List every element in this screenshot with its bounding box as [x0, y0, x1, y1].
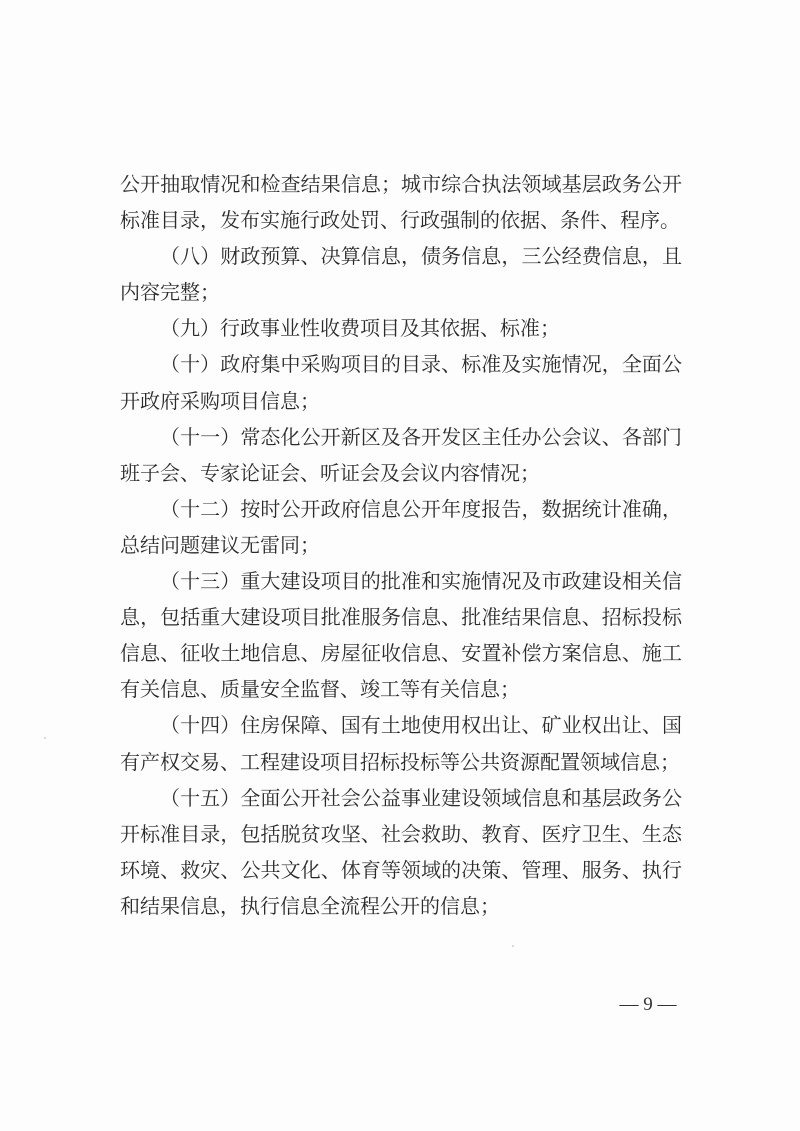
- paragraph-item-10-procurement: （十）政府集中采购项目的目录、标准及实施情况，全面公开政府采购项目信息；: [120, 346, 682, 418]
- paragraph-item-12-annual-report: （十二）按时公开政府信息公开年度报告，数据统计准确，总结问题建议无雷同；: [120, 491, 682, 563]
- paragraph-item-13-construction: （十三）重大建设项目的批准和实施情况及市政建设相关信息，包括重大建设项目批准服务…: [120, 563, 682, 707]
- page-number: — 9 —: [612, 994, 684, 1016]
- scan-speck: [512, 945, 514, 947]
- paragraph-item-15-public-welfare: （十五）全面公开社会公益事业建设领域信息和基层政务公开标准目录，包括脱贫攻坚、社…: [120, 780, 682, 924]
- scan-speck: [44, 737, 46, 739]
- paragraph-continued: 公开抽取情况和检查结果信息；城市综合执法领域基层政务公开标准目录，发布实施行政处…: [120, 166, 682, 238]
- paragraph-item-8-finance: （八）财政预算、决算信息，债务信息，三公经费信息，且内容完整；: [120, 238, 682, 310]
- paragraph-item-11-meetings: （十一）常态化公开新区及各开发区主任办公会议、各部门班子会、专家论证会、听证会及…: [120, 419, 682, 491]
- paragraph-item-9-fees: （九）行政事业性收费项目及其依据、标准；: [120, 310, 682, 346]
- document-page: 公开抽取情况和检查结果信息；城市综合执法领域基层政务公开标准目录，发布实施行政处…: [0, 0, 800, 1131]
- paragraph-item-14-public-resources: （十四）住房保障、国有土地使用权出让、矿业权出让、国有产权交易、工程建设项目招标…: [120, 707, 682, 779]
- document-body: 公开抽取情况和检查结果信息；城市综合执法领域基层政务公开标准目录，发布实施行政处…: [120, 166, 682, 924]
